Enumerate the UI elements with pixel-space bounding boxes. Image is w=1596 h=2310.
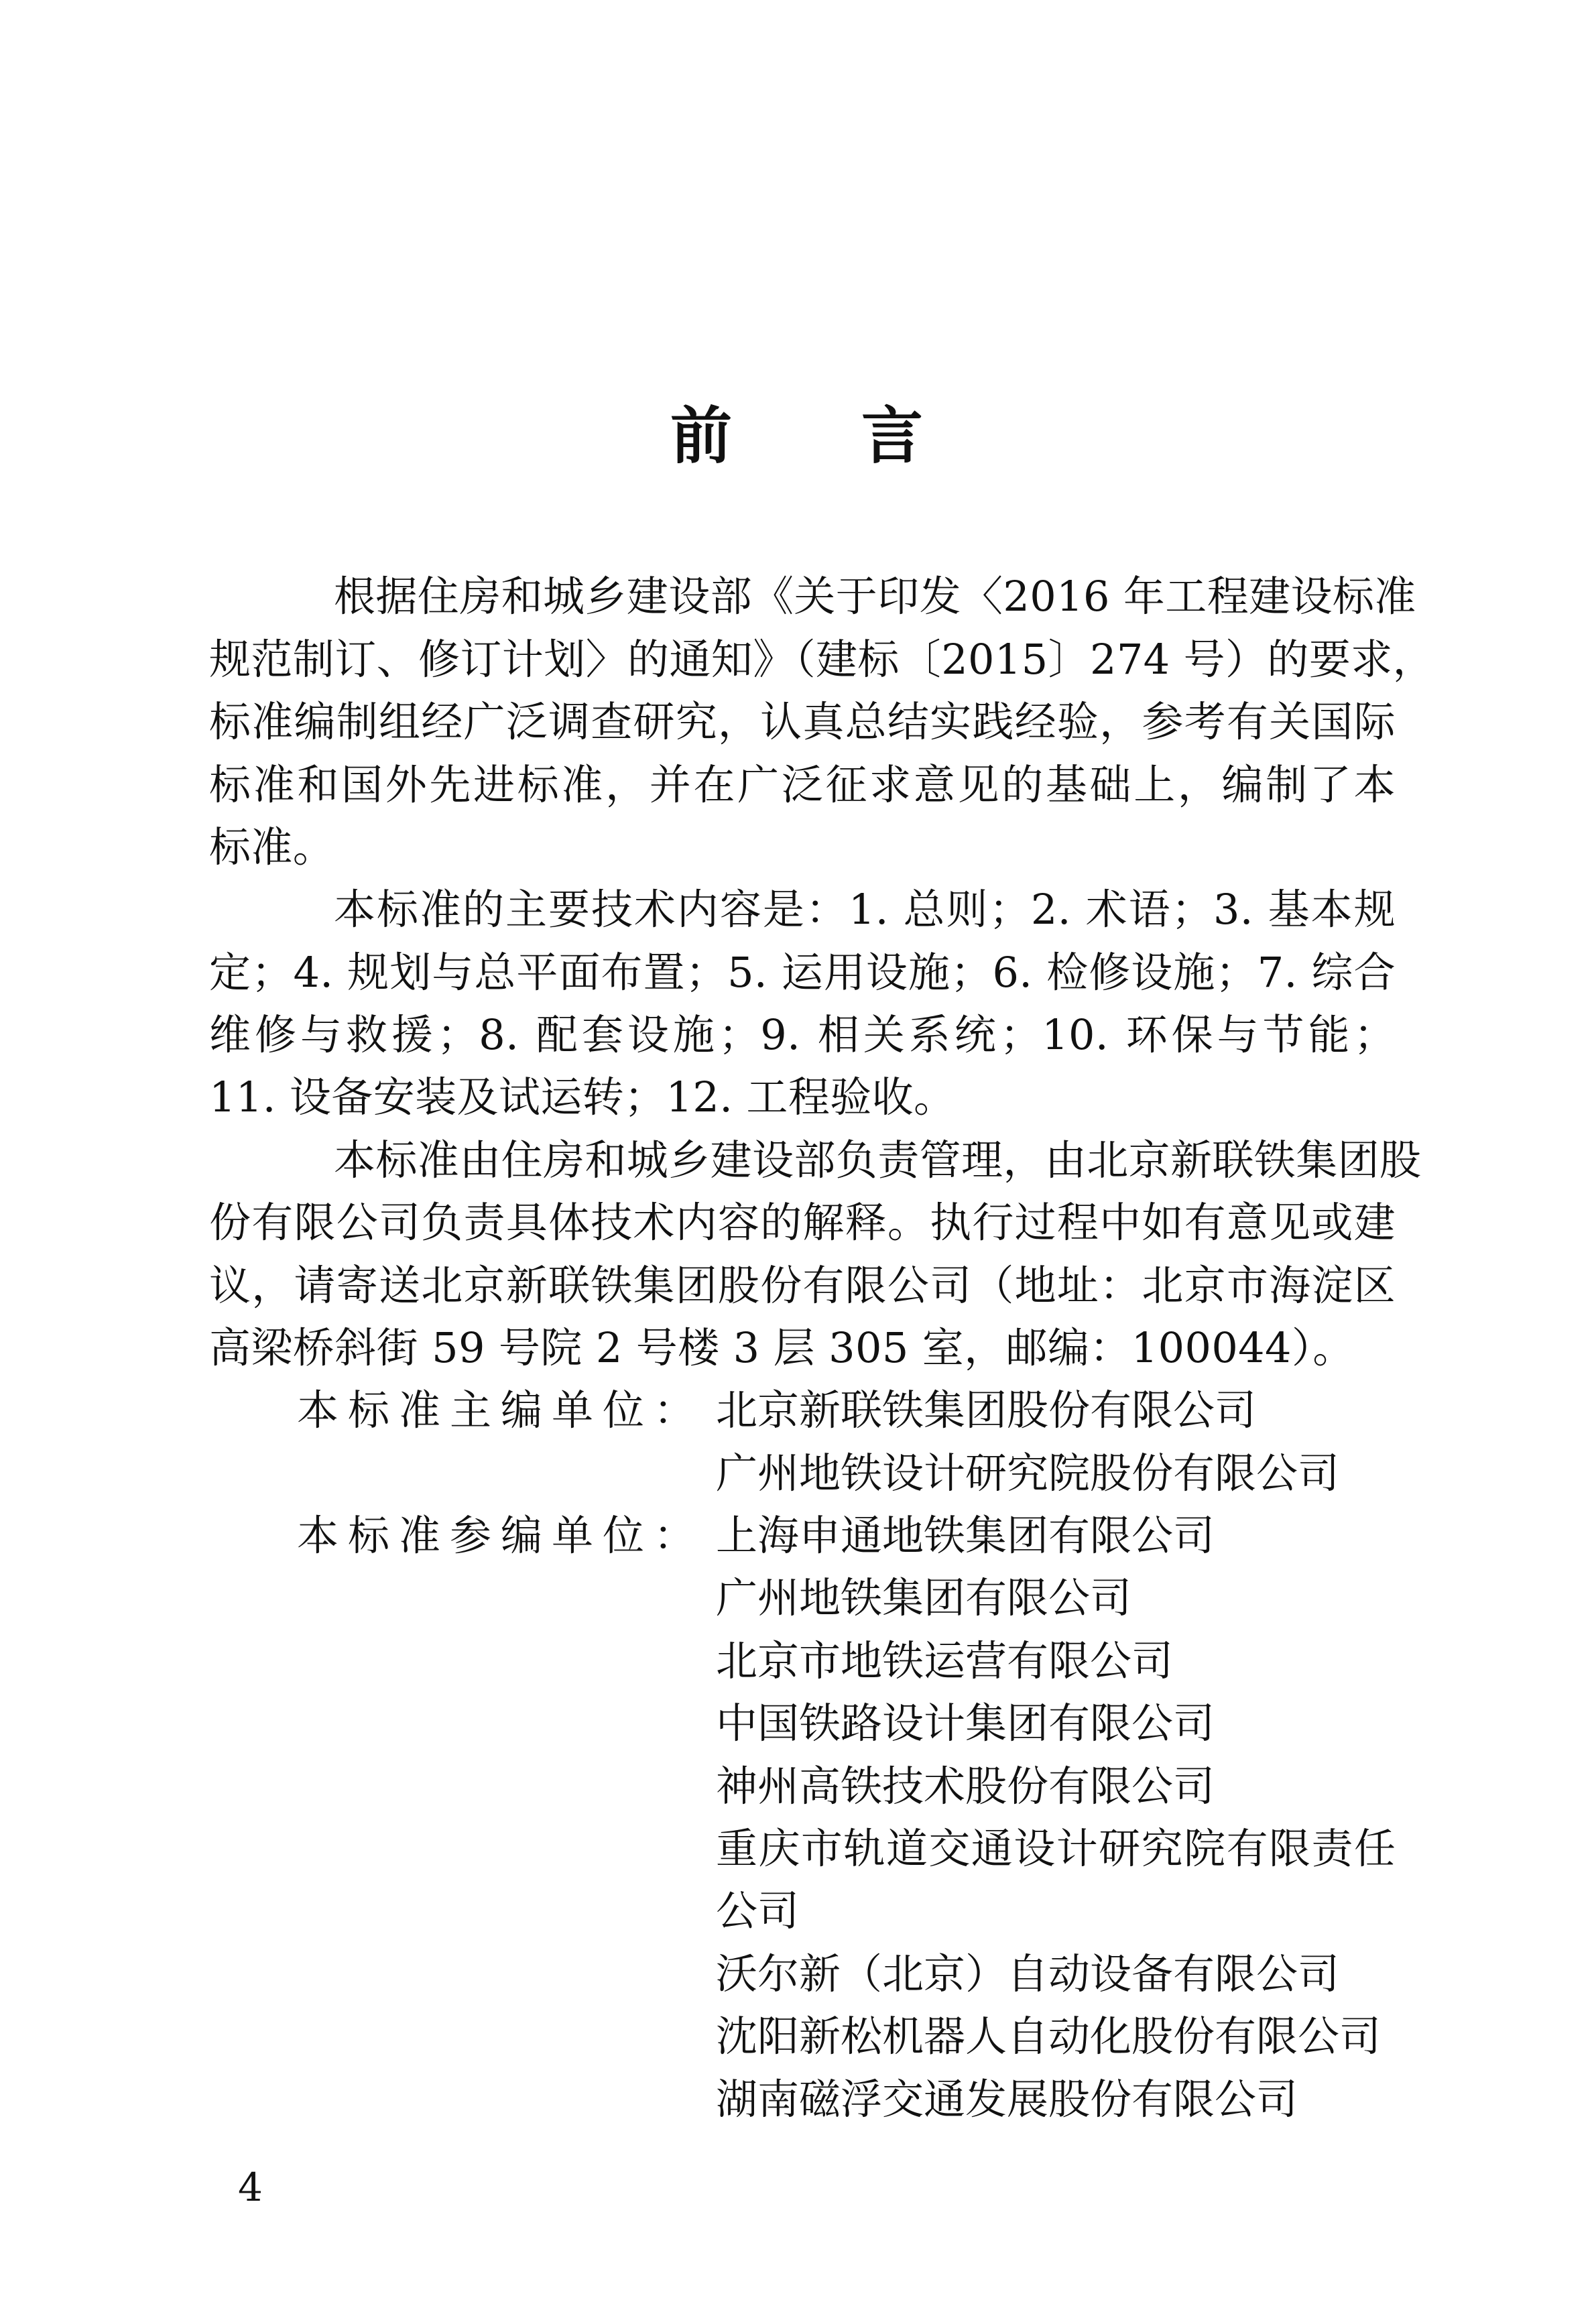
document-page: 前 言 根据住房和城乡建设部《关于印发〈2016 年工程建设标准 规范制订、修订… — [0, 0, 1596, 2310]
editor-unit: 沃尔新（北京）自动设备有限公司 — [716, 1943, 1339, 2006]
text-line: 标准编制组经广泛调查研究，认真总结实践经验，参考有关国际 — [209, 690, 1396, 753]
text-line: 议，请寄送北京新联铁集团股份有限公司（地址：北京市海淀区 — [209, 1254, 1396, 1317]
title-char-2: 言 — [861, 396, 923, 476]
title-char-1: 前 — [670, 396, 732, 476]
text-line: 高梁桥斜街 59 号院 2 号楼 3 层 305 室，邮编：100044）。 — [209, 1317, 1396, 1380]
editor-unit: 上海申通地铁集团有限公司 — [716, 1504, 1215, 1567]
text-line: 定；4. 规划与总平面布置；5. 运用设施；6. 检修设施；7. 综合 — [209, 941, 1396, 1004]
editor-unit: 广州地铁集团有限公司 — [716, 1567, 1131, 1630]
editor-unit: 中国铁路设计集团有限公司 — [716, 1692, 1215, 1755]
chief-editor-label: 本标准主编单位： — [297, 1379, 704, 1442]
editor-unit-continued: 公司 — [716, 1880, 799, 1943]
editor-unit: 沈阳新松机器人自动化股份有限公司 — [716, 2005, 1381, 2068]
text-line: 维修与救援；8. 配套设施；9. 相关系统；10. 环保与节能； — [209, 1004, 1396, 1067]
editor-unit: 重庆市轨道交通设计研究院有限责任 — [716, 1817, 1396, 1880]
editor-unit: 湖南磁浮交通发展股份有限公司 — [716, 2068, 1298, 2131]
text-line: 根据住房和城乡建设部《关于印发〈2016 年工程建设标准 — [334, 565, 1396, 628]
participating-editor-label: 本标准参编单位： — [297, 1504, 704, 1567]
text-line: 规范制订、修订计划〉的通知》（建标〔2015〕274 号）的要求， — [209, 628, 1396, 691]
editor-unit: 北京市地铁运营有限公司 — [716, 1630, 1173, 1693]
text-line: 份有限公司负责具体技术内容的解释。执行过程中如有意见或建 — [209, 1191, 1396, 1254]
editor-unit: 北京新联铁集团股份有限公司 — [716, 1379, 1256, 1442]
text-line: 本标准由住房和城乡建设部负责管理，由北京新联铁集团股 — [334, 1129, 1396, 1192]
editor-unit: 广州地铁设计研究院股份有限公司 — [716, 1442, 1339, 1505]
page-title: 前 言 — [0, 396, 1596, 476]
text-line: 本标准的主要技术内容是：1. 总则；2. 术语；3. 基本规 — [334, 878, 1396, 941]
page-number: 4 — [238, 2164, 263, 2211]
text-line: 标准和国外先进标准，并在广泛征求意见的基础上，编制了本 — [209, 753, 1396, 816]
editor-unit: 神州高铁技术股份有限公司 — [716, 1755, 1215, 1818]
text-line: 标准。 — [209, 816, 1396, 879]
text-line: 11. 设备安装及试运转；12. 工程验收。 — [209, 1066, 1396, 1129]
